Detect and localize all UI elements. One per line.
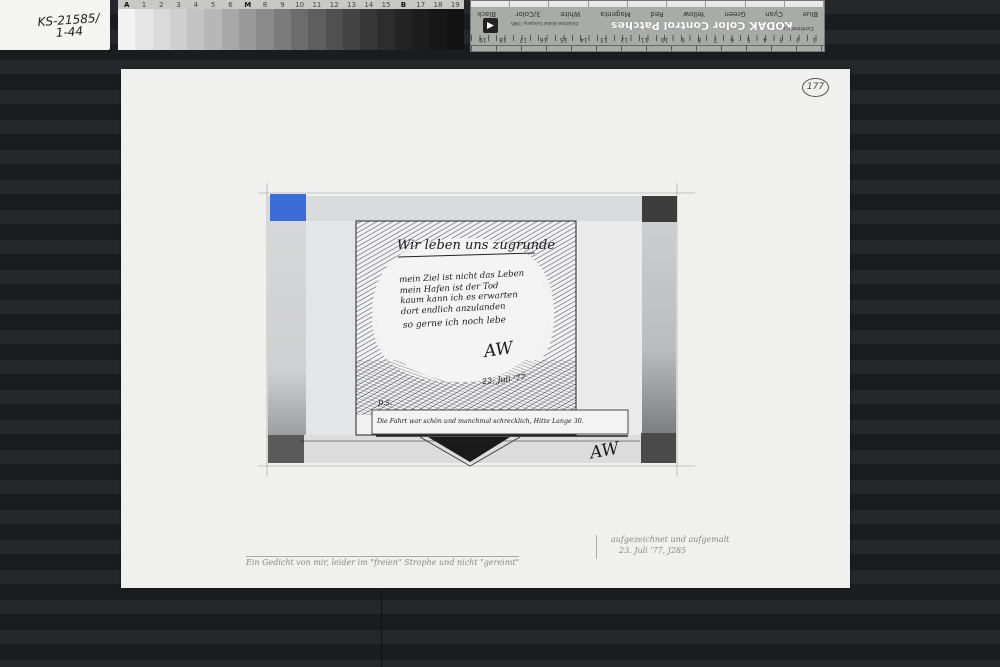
gray-patch <box>291 9 308 50</box>
gray-scale-tick: 17 <box>412 1 429 9</box>
kodak-unit-label: Centimetres <box>783 25 814 31</box>
gray-patch <box>118 9 135 50</box>
gray-patch <box>326 9 343 50</box>
ruler-number: 17 <box>519 36 527 43</box>
gray-scale-tick: 1 <box>135 1 152 9</box>
kodak-title: KODAK Color Control Patches <box>611 19 793 32</box>
ruler-number: 5 <box>747 36 751 43</box>
gray-scale-tick: 18 <box>429 1 446 9</box>
color-patch-name: Black <box>477 7 496 18</box>
gray-patch <box>447 9 464 50</box>
ruler-number: 16 <box>540 36 548 43</box>
gray-scale-tick: 6 <box>222 1 239 9</box>
ps-text: Die Fahrt war schön und manchmal schreck… <box>377 418 584 425</box>
page-number-circle: 177 <box>802 78 829 97</box>
gray-patch <box>395 9 412 50</box>
gray-patch <box>308 9 325 50</box>
ruler-number: 13 <box>600 36 608 43</box>
gray-patch <box>429 9 446 50</box>
gray-scale-tick: 2 <box>153 1 170 9</box>
ruler-number: 12 <box>620 36 628 43</box>
ruler-number: 7 <box>714 36 718 43</box>
color-patch-name: Red <box>650 7 663 18</box>
kodak-color-control-strip: BlueCyanGreenYellowRedMagentaWhite3/Colo… <box>470 0 825 52</box>
gray-patch <box>222 9 239 50</box>
gray-patch <box>135 9 152 50</box>
gray-patch <box>170 9 187 50</box>
gray-patch <box>377 9 394 50</box>
gray-scale-tick: 14 <box>360 1 377 9</box>
gray-patch <box>360 9 377 50</box>
gray-scale-tick: 5 <box>204 1 221 9</box>
accession-label-card: KS-21585/ 1-44 <box>0 0 110 50</box>
gray-scale-tick: 15 <box>377 1 394 9</box>
gray-patch <box>204 9 221 50</box>
caption-note-line-2: 23. Juli '77, J285 <box>619 546 729 555</box>
gray-scale-tick: 12 <box>326 1 343 9</box>
gray-patch <box>412 9 429 50</box>
gray-patch <box>274 9 291 50</box>
ruler-number: 19 <box>479 36 487 43</box>
gray-scale-tick-labels: A123456M89101112131415B171819 <box>118 0 464 9</box>
ruler-number: 8 <box>697 36 701 43</box>
ruler-number: 18 <box>499 36 507 43</box>
ruler-number: 15 <box>560 36 568 43</box>
gray-scale-target: A123456M89101112131415B171819 <box>118 0 464 50</box>
color-patch-name: Cyan <box>765 7 783 18</box>
ruler-numbers: 12345678910111213141516171819 <box>471 36 824 43</box>
ruler-number: 4 <box>763 36 767 43</box>
gray-scale-tick: 19 <box>447 1 464 9</box>
gray-patch <box>153 9 170 50</box>
inner-signature: AW <box>483 338 515 362</box>
gray-scale-tick: B <box>395 1 412 9</box>
gray-patch <box>343 9 360 50</box>
gray-scale-tick: 4 <box>187 1 204 9</box>
gray-scale-patches <box>118 9 464 50</box>
ruler-number: 3 <box>779 36 783 43</box>
ps-label: p.s. <box>378 398 392 407</box>
caption-note-line-1: aufgezeichnet und aufgemalt <box>611 535 729 544</box>
gray-scale-tick: 11 <box>308 1 325 9</box>
color-patch-name: Green <box>724 7 745 18</box>
sheet-caption-main: Ein Gedicht von mir, leider im "freien" … <box>246 556 519 567</box>
gray-patch <box>187 9 204 50</box>
kodak-logo-icon <box>483 18 498 33</box>
accession-number: KS-21585/ 1-44 <box>33 12 105 41</box>
ruler-number: 11 <box>641 36 649 43</box>
color-patch-name: Blue <box>803 7 819 18</box>
gray-scale-tick: 10 <box>291 1 308 9</box>
poem-title: Wir leben uns zugrunde <box>397 238 555 253</box>
ruler-number: 6 <box>730 36 734 43</box>
gray-scale-tick: 13 <box>343 1 360 9</box>
gray-scale-tick: 9 <box>274 1 291 9</box>
paper-sheet: 177 <box>121 69 850 588</box>
ruler-number: 1 <box>812 36 816 43</box>
color-patch-name: White <box>560 7 580 18</box>
ruler-number: 14 <box>580 36 588 43</box>
ruler-number: 10 <box>661 36 669 43</box>
gray-scale-tick: 3 <box>170 1 187 9</box>
color-patch-name: Yellow <box>683 7 705 18</box>
ruler-number: 9 <box>681 36 685 43</box>
ruler-number: 2 <box>796 36 800 43</box>
color-patch-names: BlueCyanGreenYellowRedMagentaWhite3/Colo… <box>471 7 824 18</box>
background-seam <box>381 590 382 667</box>
gray-scale-tick: A <box>118 1 135 9</box>
gray-patch <box>256 9 273 50</box>
poem-body: mein Ziel ist nicht das Leben mein Hafen… <box>399 269 526 317</box>
kodak-copyright: ©Eastman Kodak Company, 1995 <box>511 21 579 26</box>
gray-patch <box>239 9 256 50</box>
gray-scale-tick: M <box>239 1 256 9</box>
color-patch-name: 3/Color <box>516 7 541 18</box>
gray-scale-tick: 8 <box>256 1 273 9</box>
sheet-caption-note: aufgezeichnet und aufgemalt 23. Juli '77… <box>596 535 729 559</box>
color-patch-name: Magenta <box>600 7 631 18</box>
inch-ruler <box>471 45 824 51</box>
